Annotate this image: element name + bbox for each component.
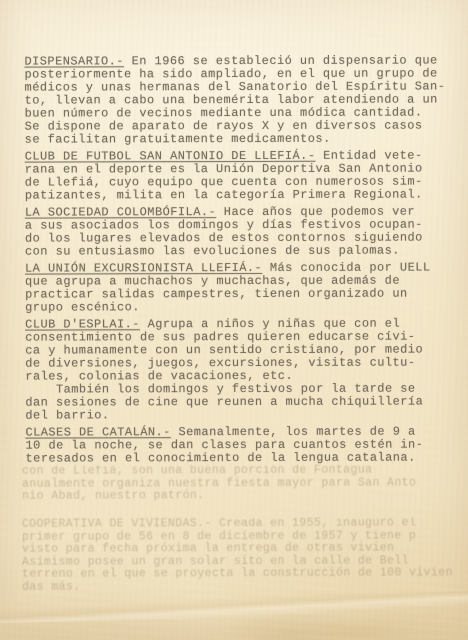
paper-crease	[0, 591, 468, 623]
paragraph: LA UNIÓN EXCURSIONISTA LLEFIÁ.- Más cono…	[25, 261, 457, 314]
bleedthrough-text-lower: COOPERATIVA DE VIVIENDAS.- Creada en 195…	[22, 517, 464, 594]
paragraph: CLASES DE CATALÁN.- Semanalmente, los ma…	[25, 425, 457, 465]
bleedthrough-text-upper: con de Llefiá, son una buena porción de …	[22, 464, 464, 503]
paragraph: LA SOCIEDAD COLOMBÓFILA.- Hace años que …	[25, 205, 457, 258]
text-line: patizantes, milita en la categoría Prime…	[25, 188, 457, 202]
bleedthrough-line: terreno en el que se proyecta la constru…	[22, 568, 464, 582]
paragraph: DISPENSARIO.- En 1966 se estableció un d…	[24, 54, 456, 146]
bleedthrough-line: das más.	[22, 580, 464, 594]
bleedthrough-line: nio Abad, nuestro patrón.	[22, 489, 464, 503]
paragraph: CLUB D'ESPLAI.- Agrupa a niños y niñas q…	[25, 317, 457, 422]
text-line: se facilitan gratuitamente medicamentos.	[25, 132, 457, 146]
text-line: grupo escénico.	[25, 300, 457, 314]
paragraph: CLUB DE FUTBOL SAN ANTONIO DE LLEFIÁ.- E…	[25, 149, 457, 202]
scanned-page: DISPENSARIO.- En 1966 se estableció un d…	[0, 0, 468, 640]
paper-stain	[300, 618, 420, 640]
text-line: del barrio.	[25, 408, 457, 422]
text-line: teresados en el conocimiento de la lengu…	[25, 451, 457, 465]
text-line: con su entusiasmo las evoluciones de sus…	[25, 244, 457, 258]
typewritten-text: DISPENSARIO.- En 1966 se estableció un d…	[24, 54, 457, 469]
